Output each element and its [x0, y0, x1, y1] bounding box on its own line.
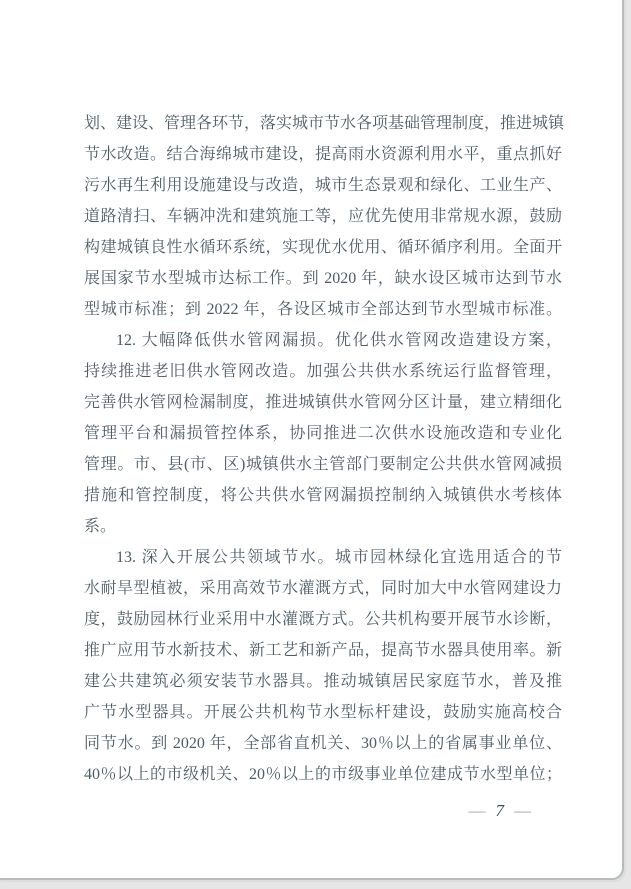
- paragraph: 划、建设、管理各环节，落实城市节水各项基础管理制度，推进城镇节水改造。结合海绵城…: [84, 108, 562, 325]
- text-line: 管理。市、县(市、区)城镇供水主管部门要制定公共供水管网减损: [84, 449, 562, 480]
- paragraph: 13. 深入开展公共领域节水。城市园林绿化宜选用适合的节水耐旱型植被，采用高效节…: [84, 542, 562, 790]
- document-body: 划、建设、管理各环节，落实城市节水各项基础管理制度，推进城镇节水改造。结合海绵城…: [84, 108, 562, 790]
- text-line: 同节水。到 2020 年，全部省直机关、30％以上的省属事业单位、: [84, 728, 562, 759]
- footer-dash-right: —: [514, 801, 531, 820]
- text-line: 系。: [84, 511, 562, 542]
- text-line: 完善供水管网检漏制度，推进城镇供水管网分区计量，建立精细化: [84, 387, 562, 418]
- text-line: 度，鼓励园林行业采用中水灌溉方式。公共机构要开展节水诊断，: [84, 604, 562, 635]
- text-line: 节水改造。结合海绵城市建设，提高雨水资源利用水平，重点抓好: [84, 139, 562, 170]
- text-line: 管理平台和漏损管控体系，协同推进二次供水设施改造和专业化: [84, 418, 562, 449]
- text-line: 广节水型器具。开展公共机构节水型标杆建设，鼓励实施高校合: [84, 697, 562, 728]
- footer-dash-left: —: [469, 801, 486, 820]
- page-number: 7: [496, 801, 505, 820]
- text-line: 展国家节水型城市达标工作。到 2020 年，缺水设区城市达到节水: [84, 263, 562, 294]
- text-line: 推广应用节水新技术、新工艺和新产品，提高节水器具使用率。新: [84, 635, 562, 666]
- text-line: 12. 大幅降低供水管网漏损。优化供水管网改造建设方案，: [84, 325, 562, 356]
- text-line: 持续推进老旧供水管网改造。加强公共供水系统运行监督管理，: [84, 356, 562, 387]
- text-line: 措施和管控制度，将公共供水管网漏损控制纳入城镇供水考核体: [84, 480, 562, 511]
- text-line: 40％以上的市级机关、20％以上的市级事业单位建成节水型单位；: [84, 759, 562, 790]
- page-footer: —7—: [0, 800, 531, 822]
- text-line: 划、建设、管理各环节，落实城市节水各项基础管理制度，推进城镇: [84, 108, 562, 139]
- text-line: 建公共建筑必须安装节水器具。推动城镇居民家庭节水，普及推: [84, 666, 562, 697]
- text-line: 污水再生利用设施建设与改造，城市生态景观和绿化、工业生产、: [84, 170, 562, 201]
- text-line: 构建城镇良性水循环系统，实现优水优用、循环循序利用。全面开: [84, 232, 562, 263]
- text-line: 型城市标准；到 2022 年，各设区城市全部达到节水型城市标准。: [84, 294, 562, 325]
- text-line: 道路清扫、车辆冲洗和建筑施工等，应优先使用非常规水源，鼓励: [84, 201, 562, 232]
- text-line: 水耐旱型植被，采用高效节水灌溉方式，同时加大中水管网建设力: [84, 573, 562, 604]
- paragraph: 12. 大幅降低供水管网漏损。优化供水管网改造建设方案，持续推进老旧供水管网改造…: [84, 325, 562, 542]
- text-line: 13. 深入开展公共领域节水。城市园林绿化宜选用适合的节: [84, 542, 562, 573]
- scanned-page-view: 划、建设、管理各环节，落实城市节水各项基础管理制度，推进城镇节水改造。结合海绵城…: [0, 0, 631, 889]
